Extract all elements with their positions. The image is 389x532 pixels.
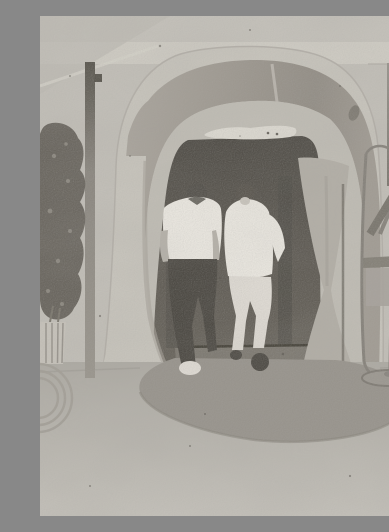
grain-overlay xyxy=(40,16,389,516)
photo-canvas xyxy=(40,16,389,516)
photograph: Grainy black-and-white halftone photogra… xyxy=(40,16,389,516)
